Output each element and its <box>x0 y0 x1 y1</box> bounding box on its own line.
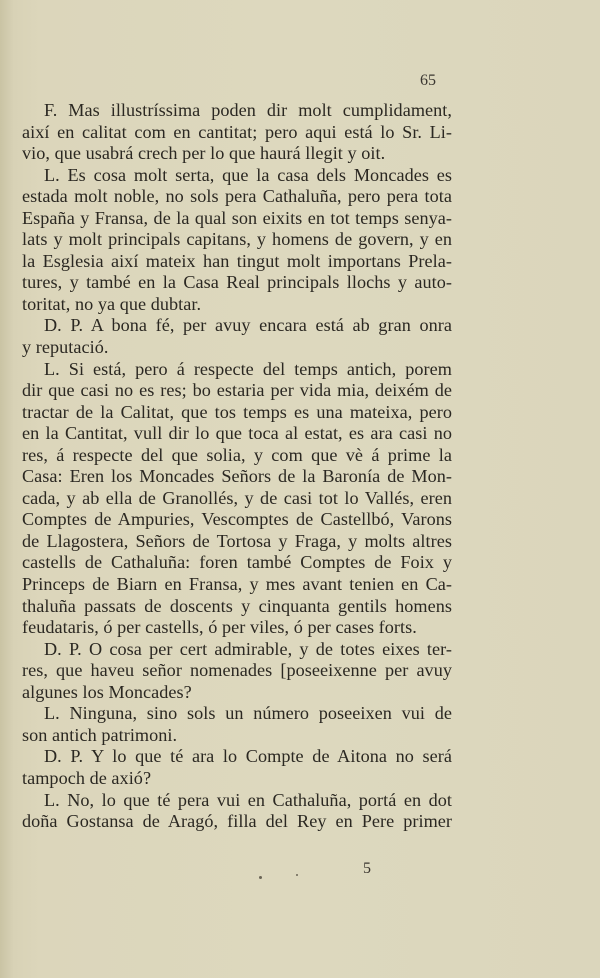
text-line: L. Ninguna, sino sols un número poseeixe… <box>22 703 452 725</box>
text-line: y reputació. <box>22 337 452 359</box>
text-line: algunes los Moncades? <box>22 682 452 704</box>
page-number: 65 <box>420 72 436 90</box>
text-line: son antich patrimoni. <box>22 725 452 747</box>
text-line: tampoch de axió? <box>22 768 452 790</box>
text-line: toritat, no ya que dubtar. <box>22 294 452 316</box>
text-line: D. P. Y lo que té ara lo Compte de Aiton… <box>22 746 452 768</box>
text-line: L. Si está, pero á respecte del temps an… <box>22 359 452 381</box>
text-line: Comptes de Ampuries, Vescomptes de Caste… <box>22 509 452 531</box>
text-line: de Llagostera, Señors de Tortosa y Fraga… <box>22 531 452 553</box>
body-text: F. Mas illustríssima poden dir molt cump… <box>22 100 452 833</box>
ink-speck <box>296 874 298 876</box>
ink-speck <box>259 876 262 879</box>
text-line: estada molt noble, no sols pera Cathaluñ… <box>22 186 452 208</box>
text-line: L. Es cosa molt serta, que la casa dels … <box>22 165 452 187</box>
text-line: Princeps de Biarn en Fransa, y mes avant… <box>22 574 452 596</box>
text-line: D. P. O cosa per cert admirable, y de to… <box>22 639 452 661</box>
text-line: Casa: Eren los Moncades Señors de la Bar… <box>22 466 452 488</box>
text-line: España y Fransa, de la qual son eixits e… <box>22 208 452 230</box>
text-line: D. P. A bona fé, per avuy encara está ab… <box>22 315 452 337</box>
signature-mark: 5 <box>363 860 371 878</box>
text-line: així en calitat com en cantitat; pero aq… <box>22 122 452 144</box>
text-line: dir que casi no es res; bo estaria per v… <box>22 380 452 402</box>
text-line: L. No, lo que té pera vui en Cathaluña, … <box>22 790 452 812</box>
text-line: feudataris, ó per castells, ó per viles,… <box>22 617 452 639</box>
text-line: res, que haveu señor nomenades [poseeixe… <box>22 660 452 682</box>
text-line: lats y molt principals capitans, y homen… <box>22 229 452 251</box>
text-line: res, á respecte del que solia, y com que… <box>22 445 452 467</box>
text-line: tures, y també en la Casa Real principal… <box>22 272 452 294</box>
text-line: F. Mas illustríssima poden dir molt cump… <box>22 100 452 122</box>
text-line: cada, y ab ella de Granollés, y de casi … <box>22 488 452 510</box>
text-line: thaluña passats de doscents y cinquanta … <box>22 596 452 618</box>
text-line: en la Cantitat, vull dir lo que toca al … <box>22 423 452 445</box>
text-line: doña Gostansa de Aragó, filla del Rey en… <box>22 811 452 833</box>
text-line: tractar de la Calitat, que tos temps es … <box>22 402 452 424</box>
text-line: la Esglesia així mateix han tingut molt … <box>22 251 452 273</box>
text-line: castells de Cathaluña: foren també Compt… <box>22 552 452 574</box>
text-line: vio, que usabrá crech per lo que haurá l… <box>22 143 452 165</box>
